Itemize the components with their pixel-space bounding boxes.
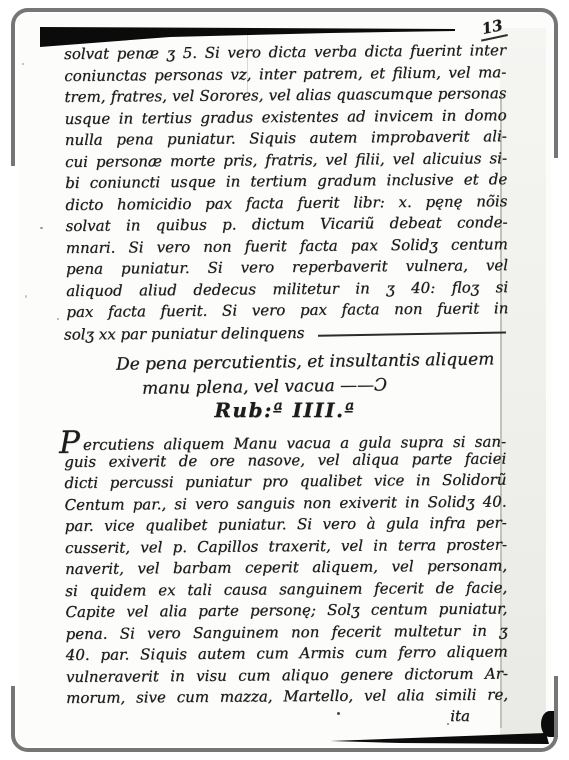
manuscript-line: morum, sive cum mazza, Martello, vel ali… [66, 685, 508, 710]
manuscript-line: par. vice qualibet puniatur. Si vero à g… [65, 513, 507, 538]
manuscript-line: trem, fratres, vel Sorores, vel alias qu… [64, 83, 506, 108]
frame-fade-left [8, 166, 18, 686]
manuscript-line: bi coniuncti usque in tertium gradum inc… [65, 169, 507, 194]
manuscript-line: pena puniatur. Si vero reperbaverit vuln… [66, 255, 508, 280]
paragraph-2-rest: guis exiverit de ore nasove, vel aliqua … [64, 448, 508, 709]
paragraph-2: Percutiens aliquem Manu vacua a gula sup… [64, 427, 508, 710]
catchword: ita [64, 707, 506, 725]
ink-speck [40, 227, 43, 229]
paragraph-1-last-line: solʒ xx par puniatur delinquens [64, 321, 506, 346]
manuscript-line: naverit, vel barbam ceperit aliquem, vel… [65, 556, 507, 581]
manuscript-line: Capite vel alia parte personę; Solʒ cent… [65, 599, 507, 624]
section-heading-line-2: manu plena, vel vacua ——Ɔ [142, 375, 387, 398]
ink-speck [22, 63, 24, 65]
manuscript-line: 40. par. Siquis autem cum Armis cum ferr… [66, 642, 508, 667]
manuscript-line: solʒ xx par puniatur delinquens [64, 323, 305, 346]
scan-artifact-blob [541, 711, 558, 737]
decorated-initial: P [59, 433, 80, 455]
manuscript-line: dicti percussi puniatur pro qualibet vic… [64, 470, 506, 495]
scanned-manuscript-page: 13 solvat penæ ʒ 5. Si vero dicta verba … [0, 0, 569, 760]
ink-speck [25, 295, 27, 298]
manuscript-line: nulla pena puniatur. Siquis autem improb… [65, 126, 507, 151]
frame-fade-right [551, 158, 561, 676]
manuscript-line: solvat penæ ʒ 5. Si vero dicta verba dic… [64, 40, 506, 65]
manuscript-line-with-initial: Percutiens aliquem Manu vacua a gula sup… [64, 427, 506, 452]
paragraph-1: solvat penæ ʒ 5. Si vero dicta verba dic… [64, 40, 508, 323]
ink-speck [57, 318, 59, 320]
manuscript-line: pax facta fuerit. Si vero pax facta non … [66, 298, 508, 323]
manuscript-line: solvat in quibus p. dictum Vicariũ debea… [66, 212, 508, 237]
flourish-rule [318, 331, 506, 336]
rubric-number: Rub:ª IIII.ª [64, 398, 506, 422]
